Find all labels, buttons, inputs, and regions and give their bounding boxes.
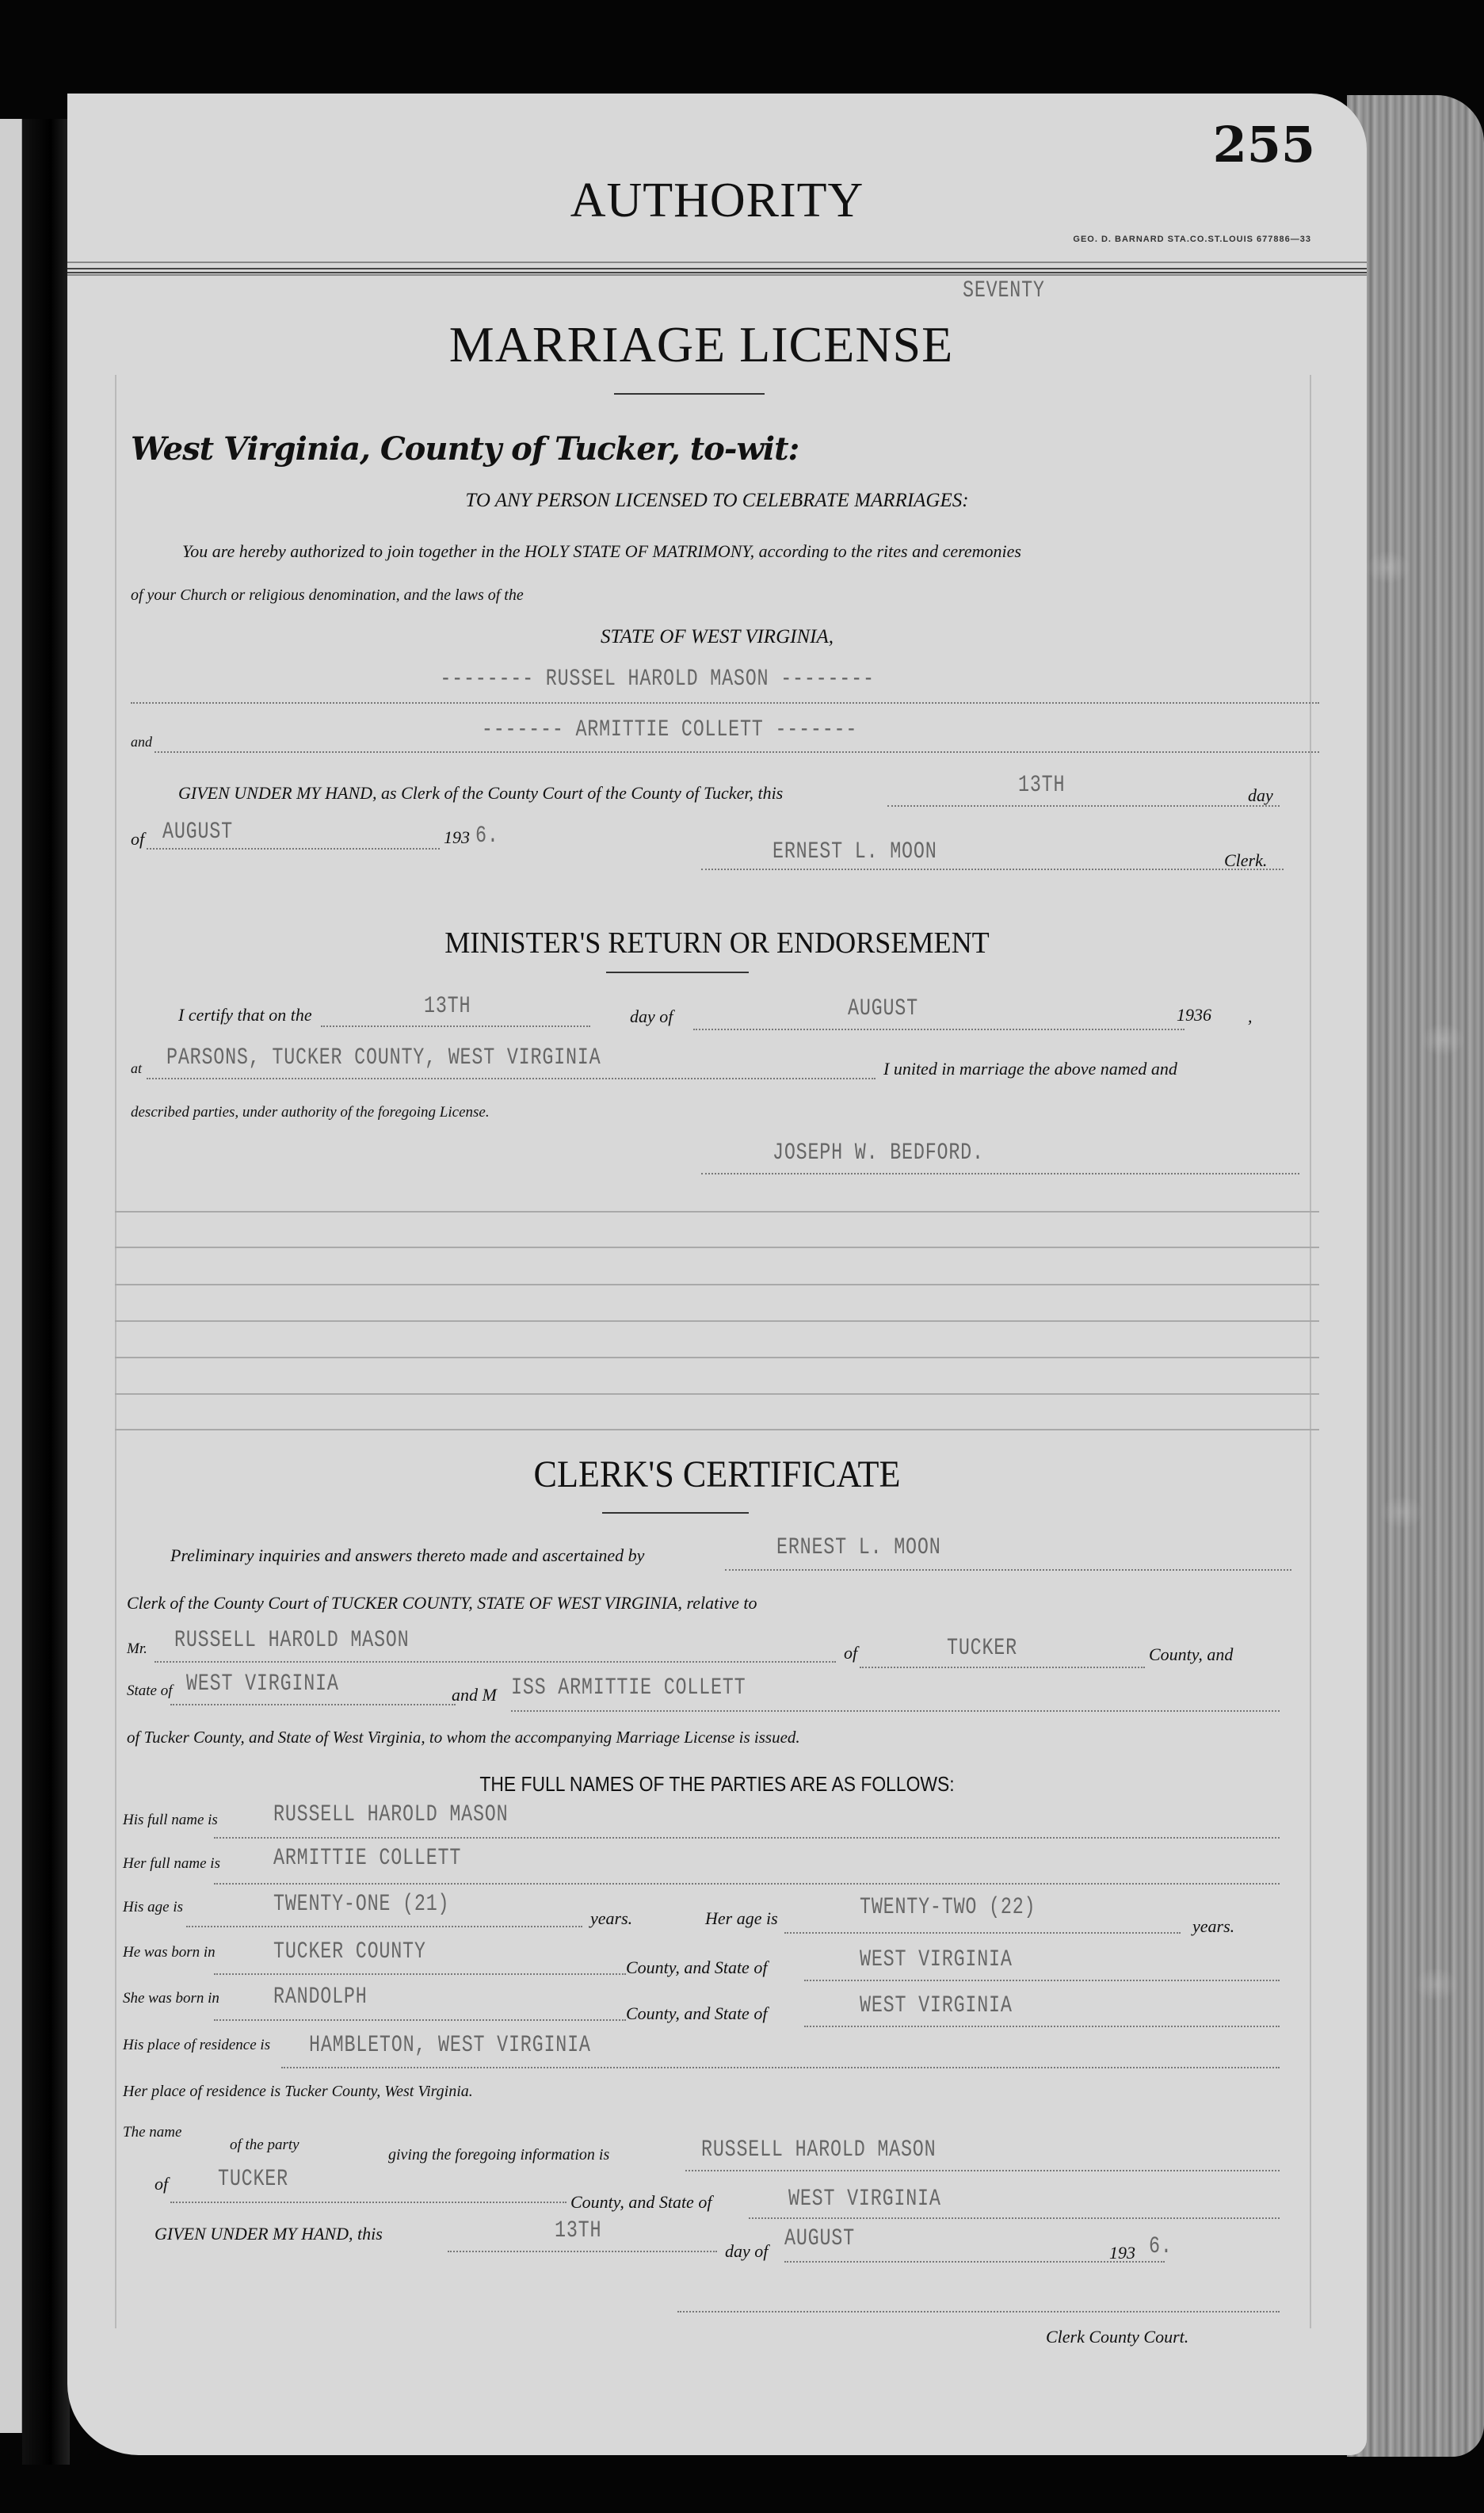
year-suffix: 6. <box>475 823 505 850</box>
years-label-his: years. <box>590 1908 632 1929</box>
marriage-place: PARSONS, TUCKER COUNTY, WEST VIRGINIA <box>166 1045 723 1071</box>
day-label: day <box>1248 785 1273 806</box>
issued-text: of Tucker County, and State of West Virg… <box>127 1728 800 1747</box>
page-number: 255 <box>1213 116 1315 174</box>
bride-cert-line <box>511 1710 1280 1712</box>
clerk-county-court-signature-line <box>677 2311 1280 2312</box>
county-state-label-she: County, and State of <box>626 2003 767 2024</box>
her-age-label: Her age is <box>705 1908 778 1929</box>
clerk-label: Clerk. <box>1224 850 1267 871</box>
minister-month-line <box>693 1029 1185 1030</box>
blank-ruled-line <box>115 1357 1319 1358</box>
groom-county: TUCKER <box>947 1635 1037 1662</box>
her-full-name-label: Her full name is <box>123 1855 220 1873</box>
given-month-cert: AUGUST <box>784 2225 875 2252</box>
bride-cert-name: ISS ARMITTIE COLLETT <box>511 1675 812 1701</box>
state-of-label: State of <box>127 1682 173 1700</box>
register-page: 255 AUTHORITY GEO. D. BARNARD STA.CO.ST.… <box>67 94 1367 2455</box>
his-age: TWENTY-ONE (21) <box>273 1891 499 1918</box>
blank-ruled-line <box>115 1247 1319 1248</box>
she-born-state: WEST VIRGINIA <box>860 1992 1055 2019</box>
jurisdiction-line: West Virginia, County of Tucker, to-wit: <box>131 430 799 468</box>
groom-county-line <box>860 1667 1145 1668</box>
he-born-state: WEST VIRGINIA <box>860 1946 1055 1973</box>
minister-return-heading: MINISTER'S RETURN OR ENDORSEMENT <box>100 926 1334 961</box>
certify-label: I certify that on the <box>178 1005 312 1025</box>
his-full-name-label: His full name is <box>123 1812 218 1829</box>
informant-of-label: of <box>155 2174 168 2194</box>
license-number: SEVENTY <box>963 277 1068 304</box>
years-label-her: years. <box>1192 1916 1234 1937</box>
groom-cert-name: RUSSELL HAROLD MASON <box>174 1627 475 1654</box>
header-triple-rule <box>67 262 1367 276</box>
printer-imprint: GEO. D. BARNARD STA.CO.ST.LOUIS 677886—3… <box>1073 235 1311 244</box>
at-label: at <box>131 1060 142 1077</box>
his-residence-label: His place of residence is <box>123 2037 270 2054</box>
informant-name: RUSSELL HAROLD MASON <box>701 2137 1002 2164</box>
minister-month: AUGUST <box>848 995 938 1022</box>
given-label-cert: GIVEN UNDER MY HAND, this <box>155 2224 383 2244</box>
of-label: of <box>131 829 144 850</box>
of-label-cert: of <box>844 1643 857 1663</box>
and-m-label: and M <box>452 1685 497 1705</box>
minister-day-line <box>321 1025 590 1027</box>
ascertained-by: ERNEST L. MOON <box>776 1534 987 1561</box>
blank-ruled-line <box>115 1211 1319 1213</box>
described-text: described parties, under authority of th… <box>131 1104 490 1121</box>
groom-cert-line <box>155 1661 836 1663</box>
preliminary-text: Preliminary inquiries and answers theret… <box>170 1545 644 1566</box>
she-born-label: She was born in <box>123 1990 219 2007</box>
groom-name-license: -------- RUSSEL HAROLD MASON -------- <box>0 666 1367 693</box>
license-month: AUGUST <box>162 819 253 846</box>
her-full-name: ARMITTIE COLLETT <box>273 1845 514 1872</box>
facing-page-edge <box>0 119 22 2433</box>
given-month-line <box>784 2261 1165 2263</box>
minister-heading-rule <box>606 972 749 973</box>
license-day: 13TH <box>1018 772 1078 799</box>
she-born-county: RANDOLPH <box>273 1984 394 2011</box>
authority-heading: AUTHORITY <box>67 173 1367 229</box>
place-line <box>147 1078 876 1079</box>
his-residence: HAMBLETON, WEST VIRGINIA <box>309 2032 670 2059</box>
addressee-line: TO ANY PERSON LICENSED TO CELEBRATE MARR… <box>67 490 1367 512</box>
informant-state: WEST VIRGINIA <box>788 2186 984 2213</box>
year-suffix-cert: 6. <box>1149 2233 1179 2260</box>
he-born-county-line <box>214 1973 626 1975</box>
his-age-label: His age is <box>123 1899 183 1916</box>
party-label: of the party <box>230 2137 299 2154</box>
he-born-county: TUCKER COUNTY <box>273 1938 469 1965</box>
her-age-line <box>784 1932 1181 1934</box>
authorization-line-2: of your Church or religious denomination… <box>131 586 524 605</box>
blank-ruled-line <box>115 1429 1319 1430</box>
title-rule <box>614 393 765 395</box>
his-full-name: RUSSELL HAROLD MASON <box>273 1801 574 1828</box>
year-prefix: 193 <box>444 827 470 848</box>
year-prefix-cert: 193 <box>1109 2243 1135 2263</box>
county-state-label-informant: County, and State of <box>570 2192 711 2213</box>
her-full-name-line <box>214 1883 1280 1885</box>
county-and-label: County, and <box>1149 1644 1233 1665</box>
marriage-license-title: MARRIAGE LICENSE <box>36 315 1367 374</box>
day-of-label: day of <box>630 1006 673 1027</box>
informant-county: TUCKER <box>218 2166 308 2193</box>
she-born-county-line <box>214 2019 626 2021</box>
blank-ruled-line <box>115 1284 1319 1285</box>
blank-ruled-line <box>115 1320 1319 1322</box>
groom-state: WEST VIRGINIA <box>186 1671 382 1698</box>
state-line: STATE OF WEST VIRGINIA, <box>67 626 1367 648</box>
month-line <box>147 848 440 850</box>
her-residence-text: Her place of residence is Tucker County,… <box>123 2083 473 2101</box>
bride-line <box>155 751 1319 753</box>
informant-state-line <box>749 2217 1280 2219</box>
marbled-page-edges <box>1347 95 1484 2457</box>
given-day-line <box>448 2251 717 2252</box>
mr-label: Mr. <box>127 1640 147 1658</box>
minister-year: 1936 <box>1177 1005 1211 1025</box>
informant-line <box>685 2170 1280 2171</box>
united-text: I united in marriage the above named and <box>883 1059 1177 1079</box>
ascertained-line <box>725 1569 1291 1571</box>
year-comma: , <box>1248 1006 1253 1027</box>
he-born-label: He was born in <box>123 1944 216 1961</box>
minister-signature-line <box>701 1173 1299 1174</box>
his-full-name-line <box>214 1837 1280 1839</box>
book-gutter <box>22 119 70 2465</box>
she-born-state-line <box>804 2026 1280 2027</box>
groom-state-line <box>170 1704 456 1705</box>
minister-name: JOSEPH W. BEDFORD. <box>773 1140 1043 1167</box>
clerk-certificate-heading: CLERK'S CERTIFICATE <box>120 1453 1315 1496</box>
his-age-line <box>186 1926 582 1927</box>
he-born-state-line <box>804 1980 1280 1981</box>
clerk-name: ERNEST L. MOON <box>773 838 983 865</box>
name-label: The name <box>123 2124 181 2141</box>
county-state-label-he: County, and State of <box>626 1957 767 1978</box>
clerk-of-text: Clerk of the County Court of TUCKER COUN… <box>127 1593 757 1614</box>
minister-day: 13TH <box>424 993 484 1020</box>
groom-line <box>131 702 1319 704</box>
day-of-label-cert: day of <box>725 2241 768 2262</box>
his-residence-line <box>281 2067 1280 2068</box>
clerk-signature-line <box>701 869 1284 870</box>
clerk-heading-rule <box>602 1512 749 1514</box>
bride-name-license: ------- ARMITTIE COLLETT ------- <box>0 716 1367 743</box>
given-day-cert: 13TH <box>555 2217 615 2244</box>
parties-heading: THE FULL NAMES OF THE PARTIES ARE AS FOL… <box>145 1772 1288 1797</box>
clerk-county-court-label: Clerk County Court. <box>1046 2327 1188 2347</box>
given-under-hand-text: GIVEN UNDER MY HAND, as Clerk of the Cou… <box>178 783 783 804</box>
day-line <box>887 805 1280 807</box>
informant-county-line <box>170 2202 567 2203</box>
blank-ruled-line <box>115 1393 1319 1395</box>
authorization-line-1: You are hereby authorized to join togeth… <box>182 541 1021 562</box>
giving-label: giving the foregoing information is <box>388 2146 609 2164</box>
her-age: TWENTY-TWO (22) <box>860 1894 1085 1921</box>
